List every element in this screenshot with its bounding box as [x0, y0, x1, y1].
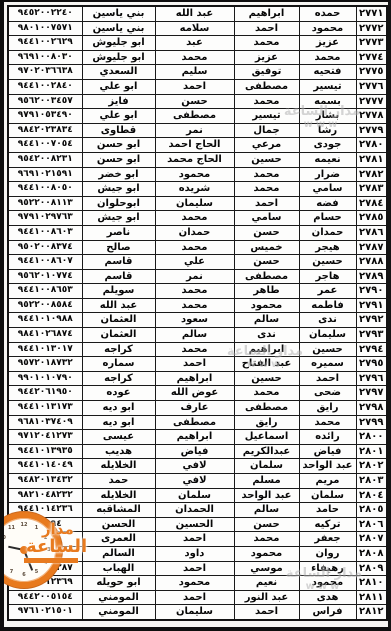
serial-cell: ٢٧٩٥: [356, 357, 387, 372]
father-name-cell: احمد: [234, 605, 299, 620]
first-name-cell: سليمان: [299, 328, 356, 343]
first-name-cell: رشا: [299, 123, 356, 138]
first-name-cell: احمد: [299, 371, 356, 386]
father-name-cell: عبد الواحد: [234, 488, 299, 503]
family-name-cell: بني ياسين: [82, 21, 155, 36]
first-name-cell: عبد الواحد: [299, 459, 356, 474]
serial-cell: ٢٧٩٠: [356, 284, 387, 299]
first-name-cell: ضرار: [299, 167, 356, 182]
father-name-cell: احمد: [234, 21, 299, 36]
grandfather-name-cell: عبد: [155, 36, 234, 51]
table-row: ٢٨٠٨روانمحمودداودالسالم٧٣: [8, 546, 387, 561]
serial-cell: ٢٧٩٨: [356, 401, 387, 416]
grandfather-name-cell: عارف: [155, 401, 234, 416]
serial-cell: ٢٨٠٠: [356, 430, 387, 445]
grandfather-name-cell: محمود: [155, 167, 234, 182]
family-name-cell: فايز: [82, 94, 155, 109]
father-name-cell: مصطفى: [234, 269, 299, 284]
father-name-cell: محمد: [234, 532, 299, 547]
serial-cell: ٢٨٠٧: [356, 532, 387, 547]
phone-number-cell: ٩٧٦١٠٢١٥٠١: [8, 605, 82, 620]
serial-cell: ٢٧٧١: [356, 6, 387, 21]
grandfather-name-cell: مصطفى: [155, 109, 234, 124]
phone-number-cell: ٩٤٤١٠١٤٢٣٦: [8, 503, 82, 518]
serial-cell: ٢٧٩٢: [356, 313, 387, 328]
first-name-cell: فاطمه: [299, 298, 356, 313]
family-name-cell: المشاقبه: [82, 503, 155, 518]
serial-cell: ٢٧٨٣: [356, 182, 387, 197]
first-name-cell: مريم: [299, 474, 356, 489]
phone-number-cell: ٩٧٠٢٠٣٦٦٣٨: [8, 65, 82, 80]
serial-cell: ٢٧٨٢: [356, 167, 387, 182]
family-name-cell: العثمان: [82, 328, 155, 343]
serial-cell: ٢٧٩٦: [356, 371, 387, 386]
family-name-cell: قاسم: [82, 269, 155, 284]
grandfather-name-cell: لافي: [155, 459, 234, 474]
clock-number: 8: [1, 560, 4, 566]
father-name-cell: طاهر: [234, 284, 299, 299]
grandfather-name-cell: سعود: [155, 313, 234, 328]
records-table-body: ٢٧٧١حمدهابراهيمعبد اللهبني ياسين٩٤٥٢٠٠٢٢…: [8, 6, 387, 620]
family-name-cell: الخلايله: [82, 459, 155, 474]
table-row: ٢٧٧٢محموداحمدسلامهبني ياسين٩٨٠١٠٠٧٥٧١: [8, 21, 387, 36]
grandfather-name-cell: فياض: [155, 444, 234, 459]
serial-cell: ٢٨١٢: [356, 605, 387, 620]
father-name-cell: توفيق: [234, 65, 299, 80]
table-row: ٢٨٠٥حامدسالمالحمدانالمشاقبه٩٤٤١٠١٤٢٣٦: [8, 503, 387, 518]
father-name-cell: خميس: [234, 240, 299, 255]
grandfather-name-cell: الحاج محمد: [155, 152, 234, 167]
father-name-cell: سالم: [234, 503, 299, 518]
table-row: ٢٧٩٧ضحىمحمدعوض اللهعوده٩٤٤٢٠٦١٩٥٠: [8, 386, 387, 401]
father-name-cell: محمد: [234, 386, 299, 401]
father-name-cell: حسين: [234, 152, 299, 167]
table-row: ٢٧٨٥حسامساميمحمدابو جيش٩٧٩١٠٢٩٧٦٣: [8, 211, 387, 226]
serial-cell: ٢٧٨١: [356, 152, 387, 167]
phone-number-cell: ٩٤٤١٠٠٨٦٥٣: [8, 284, 82, 299]
father-name-cell: نعيم: [234, 576, 299, 591]
family-name-cell: ابو جليوش: [82, 50, 155, 65]
father-name-cell: مرعي: [234, 138, 299, 153]
serial-cell: ٢٧٧٧: [356, 94, 387, 109]
first-name-cell: بشار: [299, 109, 356, 124]
father-name-cell: ابراهيم: [234, 6, 299, 21]
grandfather-name-cell: الحسين: [155, 517, 234, 532]
first-name-cell: ندى: [299, 313, 356, 328]
table-row: ٢٧٨١نعيمهحسينالحاج محمدابو حسن٩٥٤٢٠٠٨٢٣١: [8, 152, 387, 167]
first-name-cell: حامد: [299, 503, 356, 518]
father-name-cell: حسين: [234, 371, 299, 386]
serial-cell: ٢٧٨٦: [356, 225, 387, 240]
table-row: ٢٧٧٧بسمهمحمدحسنفايز٩٥٦٢٠٠٣٤٥٧: [8, 94, 387, 109]
first-name-cell: هيجر: [299, 240, 356, 255]
table-row: ٢٧٧٩رشاجمالنمرقطاوى٩٨٤٢٠٢٣٨٣٤: [8, 123, 387, 138]
grandfather-name-cell: حسن: [155, 94, 234, 109]
family-name-cell: ابو جليوش: [82, 36, 155, 51]
family-name-cell: كراجه: [82, 342, 155, 357]
father-name-cell: حسن: [234, 255, 299, 270]
father-name-cell: محمود: [234, 298, 299, 313]
table-row: ٢٨١٠محمودنعيممحمودابو حويله٩٦٤١٠١٢٣٦٩: [8, 576, 387, 591]
table-row: ٢٧٩٠عمرطاهرمحمدسويلم٩٤٤١٠٠٨٦٥٣: [8, 284, 387, 299]
table-row: ٢٧٧٦تيسيرمصطفىاحمدابو علي٩٤٤١٠٠٢٨٤٠: [8, 79, 387, 94]
phone-number-cell: ٩٤٤١٠١٣٩٣٥: [8, 444, 82, 459]
table-row: ٢٧٧٤محمدعزيزمحمدابو جليوش٩٦٩١٠٠٨٠٣٠: [8, 50, 387, 65]
grandfather-name-cell: احمد: [155, 590, 234, 605]
father-name-cell: موسي: [234, 561, 299, 576]
serial-cell: ٢٧٨٤: [356, 196, 387, 211]
first-name-cell: ضحى: [299, 386, 356, 401]
grandfather-name-cell: سليمان: [155, 605, 234, 620]
phone-number-cell: ٠٠١٩٩٤: [8, 517, 82, 532]
table-row: ٢٧٩٣سليمانندىسالمالعثمان٩٨٤١٠٢٦٨٧٤: [8, 328, 387, 343]
father-name-cell: جمال: [234, 123, 299, 138]
father-name-cell: ابراهيم: [234, 342, 299, 357]
serial-cell: ٢٧٨٩: [356, 269, 387, 284]
phone-number-cell: ٩٦٤١٠١٢٣٦٩: [8, 576, 82, 591]
phone-number-cell: ٩٩٠١٠١٠٧٩٠: [8, 371, 82, 386]
father-name-cell: سالم: [234, 313, 299, 328]
serial-cell: ٢٧٩١: [356, 298, 387, 313]
grandfather-name-cell: محمد: [155, 211, 234, 226]
table-row: ٢٨١١هدىعبد النوراحمدالمومني٩٤٤٢٠٠٥١٥٤: [8, 590, 387, 605]
phone-number-cell: ٩٤٤٢٠٠٥١٥٤: [8, 590, 82, 605]
first-name-cell: جعفر: [299, 532, 356, 547]
phone-number-cell: ٩٧٩١٠٢٩٧٦٣: [8, 211, 82, 226]
father-name-cell: محمد: [234, 182, 299, 197]
table-row: ٢٧٧١حمدهابراهيمعبد اللهبني ياسين٩٤٥٢٠٠٢٢…: [8, 6, 387, 21]
family-name-cell: ابو خضر: [82, 167, 155, 182]
serial-cell: ٢٨٠٨: [356, 546, 387, 561]
first-name-cell: حسام: [299, 211, 356, 226]
first-name-cell: سامي: [299, 182, 356, 197]
family-name-cell: ابو حويله: [82, 576, 155, 591]
table-row: ٢٧٨٦حمدانحسنحمدانناصر٩٤٤١٠٠٨٦٠٣: [8, 225, 387, 240]
phone-number-cell: ٩٨٤١٠٢٦٨٧٤: [8, 328, 82, 343]
family-name-cell: عبد الله: [82, 298, 155, 313]
table-row: ٢٧٨٩هاجرمصطفىنمرقاسم٩٥٦٢٠١٠٧٧٤: [8, 269, 387, 284]
serial-cell: ٢٧٩٣: [356, 328, 387, 343]
first-name-cell: فياض: [299, 444, 356, 459]
family-name-cell: السعدي: [82, 65, 155, 80]
family-name-cell: ابو علي: [82, 79, 155, 94]
grandfather-name-cell: محمد: [155, 342, 234, 357]
first-name-cell: محمود: [299, 21, 356, 36]
first-name-cell: نعيمه: [299, 152, 356, 167]
phone-number-cell: ٩٤٨٢٠١٣٤٣٢: [8, 474, 82, 489]
first-name-cell: فتحيه: [299, 65, 356, 80]
family-name-cell: ابو حسن: [82, 152, 155, 167]
serial-cell: ٢٧٩٩: [356, 415, 387, 430]
father-name-cell: سلمان: [234, 459, 299, 474]
serial-cell: ٢٧٧٤: [356, 50, 387, 65]
phone-number-cell: ٩٤٤١٠١٠٩٨٨: [8, 313, 82, 328]
family-name-cell: الخلايله: [82, 488, 155, 503]
serial-cell: ٢٧٨٨: [356, 255, 387, 270]
father-name-cell: مسلم: [234, 474, 299, 489]
grandfather-name-cell: حمدان: [155, 225, 234, 240]
grandfather-name-cell: عوض الله: [155, 386, 234, 401]
clock-number: 10: [0, 535, 6, 541]
first-name-cell: هاجر: [299, 269, 356, 284]
grandfather-name-cell: محمد: [155, 298, 234, 313]
family-name-cell: المومني: [82, 590, 155, 605]
family-name-cell: قطاوى: [82, 123, 155, 138]
table-row: ٢٧٧٨بشارتيسيرمصطفىابو علي٩٧٩١٠٥٣٤٩٠: [8, 109, 387, 124]
grandfather-name-cell: احمد: [155, 561, 234, 576]
phone-number-cell: ٩٥٦٢٠١٠٧٧٤: [8, 269, 82, 284]
first-name-cell: تركيه: [299, 517, 356, 532]
grandfather-name-cell: سليمان: [155, 196, 234, 211]
family-name-cell: ابو حسن: [82, 138, 155, 153]
table-row: ٢٧٨٨حسينحسنعليقاسم٩٤٤١٠٠٨٦٠٧: [8, 255, 387, 270]
serial-cell: ٢٧٧٨: [356, 109, 387, 124]
first-name-cell: رائده: [299, 430, 356, 445]
phone-number-cell: ٩٤٤١٠١٤٠٤٩: [8, 459, 82, 474]
serial-cell: ٢٨١٠: [356, 576, 387, 591]
father-name-cell: ندى: [234, 328, 299, 343]
phone-number-cell: ٩٤٤١٠٠٨٦٠٣: [8, 225, 82, 240]
table-row: ٢٧٩٢ندىسالمسعودالعثمان٩٤٤١٠١٠٩٨٨: [8, 313, 387, 328]
first-name-cell: جودى: [299, 138, 356, 153]
father-name-cell: حسن: [234, 517, 299, 532]
grandfather-name-cell: احمد: [155, 532, 234, 547]
first-name-cell: حمده: [299, 6, 356, 21]
table-row: ٢٧٧٣عزيزمحمدعبدابو جليوش٩٤٤١٠٠٢٦٢٩: [8, 36, 387, 51]
table-row: ٢٨٠٣مريممسلملافيحمد٩٤٨٢٠١٣٤٣٢: [8, 474, 387, 489]
grandfather-name-cell: سلامه: [155, 21, 234, 36]
father-name-cell: عبدالكريم: [234, 444, 299, 459]
serial-cell: ٢٨٠١: [356, 444, 387, 459]
table-row: ٢٧٨٣ساميمحمدشريدهابو جيش٩٤٤١٠٠٨٠٥٠: [8, 182, 387, 197]
family-name-cell: المومني: [82, 605, 155, 620]
family-name-cell: عوده: [82, 386, 155, 401]
grandfather-name-cell: محمود: [155, 576, 234, 591]
grandfather-name-cell: سالم: [155, 328, 234, 343]
grandfather-name-cell: سليم: [155, 65, 234, 80]
scanned-document-page: { "colors": { "accent_orange": "#e87a1e"…: [0, 0, 391, 631]
grandfather-name-cell: ابراهيم: [155, 430, 234, 445]
grandfather-name-cell: نمر: [155, 269, 234, 284]
grandfather-name-cell: داود: [155, 546, 234, 561]
table-row: ٢٨٠٧جعفرمحمداحمدالعمرى٧٥: [8, 532, 387, 547]
first-name-cell: بسمه: [299, 94, 356, 109]
family-name-cell: سويلم: [82, 284, 155, 299]
table-row: ٢٧٨٠جودىمرعيالحاج احمدابو حسن٩٤٤١٠٠٧٠٥٤: [8, 138, 387, 153]
grandfather-name-cell: عبد الله: [155, 6, 234, 21]
grandfather-name-cell: محمد: [155, 284, 234, 299]
father-name-cell: محمود: [234, 546, 299, 561]
family-name-cell: سماره: [82, 357, 155, 372]
father-name-cell: محمد: [234, 94, 299, 109]
table-row: ٢٨٠٤سلمانعبد الواحدسلمانالخلايله٩٨٢١٠٤٨٢…: [8, 488, 387, 503]
phone-number-cell: ٩٥٢٢٠٠٨١١٣: [8, 196, 82, 211]
father-name-cell: عبد الفتاح: [234, 357, 299, 372]
serial-cell: ٢٨٠٣: [356, 474, 387, 489]
first-name-cell: عزيز: [299, 36, 356, 51]
first-name-cell: سميره: [299, 357, 356, 372]
phone-number-cell: ٩٤٤١٠٠٨٦٠٧: [8, 255, 82, 270]
phone-number-cell: ٩٦٩١٠٢١٥٩١: [8, 167, 82, 182]
phone-number-cell: ٩٥٠٢٠٠٨٣٧٤: [8, 240, 82, 255]
serial-cell: ٢٨٠٥: [356, 503, 387, 518]
family-name-cell: ابو جيش: [82, 182, 155, 197]
family-name-cell: السالم: [82, 546, 155, 561]
table-row: ٢٨٠٠رائدهاسماعيلابراهيمعيسى٩٧١٢٠٤١٢٧٣: [8, 430, 387, 445]
phone-number-cell: ٩٨٠١٠٠٧٥٧١: [8, 21, 82, 36]
grandfather-name-cell: احمد: [155, 357, 234, 372]
family-name-cell: قاسم: [82, 255, 155, 270]
first-name-cell: محمد: [299, 415, 356, 430]
father-name-cell: محمد: [234, 167, 299, 182]
family-name-cell: ابوحلوان: [82, 196, 155, 211]
first-name-cell: روان: [299, 546, 356, 561]
serial-cell: ٢٧٨٧: [356, 240, 387, 255]
serial-cell: ٢٨٠٩: [356, 561, 387, 576]
table-row: ٢٧٩٦احمدحسينابراهيمكراجه٩٩٠١٠١٠٧٩٠: [8, 371, 387, 386]
family-name-cell: العثمان: [82, 313, 155, 328]
first-name-cell: حسين: [299, 255, 356, 270]
phone-number-cell: ٩٧٩١٠٥٣٤٩٠: [8, 109, 82, 124]
grandfather-name-cell: شريده: [155, 182, 234, 197]
phone-number-cell: ٩٨٤٢٠٢٣٨٣٤: [8, 123, 82, 138]
table-row: ٢٧٩٨رايقمصطفىعارفابو ديه٩٤٤١٠١٣١٧٣: [8, 401, 387, 416]
table-row: ٢٨٠٦تركيهحسنالحسينالحسن٠٠١٩٩٤: [8, 517, 387, 532]
first-name-cell: حسين: [299, 342, 356, 357]
serial-cell: ٢٧٧٩: [356, 123, 387, 138]
table-row: ٢٧٩٩محمدرايقمصطفىابو ديه٩٦٨١٠٣٧٤٠٩: [8, 415, 387, 430]
table-row: ٢٧٩٤حسينابراهيممحمدكراجه٩٤٤١٠١٣٠١٧: [8, 342, 387, 357]
grandfather-name-cell: مصطفى: [155, 415, 234, 430]
phone-number-cell: ٩٤٤٢٠٠٤٢٨٧: [8, 561, 82, 576]
first-name-cell: حمدان: [299, 225, 356, 240]
first-name-cell: رهيفاء: [299, 561, 356, 576]
father-name-cell: مصطفى: [234, 79, 299, 94]
serial-cell: ٢٧٧٥: [356, 65, 387, 80]
family-name-cell: هديب: [82, 444, 155, 459]
phone-number-cell: ٧٥: [8, 532, 82, 547]
phone-number-cell: ٩٤٤١٠٠٢٦٢٩: [8, 36, 82, 51]
phone-number-cell: ٩٥٢٢٠٠٨٥٨٤: [8, 298, 82, 313]
phone-number-cell: ٧٣: [8, 546, 82, 561]
serial-cell: ٢٧٧٣: [356, 36, 387, 51]
phone-number-cell: ٩٨٢١٠٤٨٢٣٢: [8, 488, 82, 503]
family-name-cell: ابو جيش: [82, 211, 155, 226]
grandfather-name-cell: ابراهيم: [155, 371, 234, 386]
phone-number-cell: ٩٦٩١٠٠٨٠٣٠: [8, 50, 82, 65]
table-row: ٢٧٨٧هيجرخميسمحمدصالح٩٥٠٢٠٠٨٣٧٤: [8, 240, 387, 255]
serial-cell: ٢٨١١: [356, 590, 387, 605]
serial-cell: ٢٧٩٤: [356, 342, 387, 357]
family-name-cell: عيسى: [82, 430, 155, 445]
family-name-cell: ناصر: [82, 225, 155, 240]
grandfather-name-cell: نمر: [155, 123, 234, 138]
table-row: ٢٧٧٥فتحيهتوفيقسليمالسعدي٩٧٠٢٠٣٦٦٣٨: [8, 65, 387, 80]
table-row: ٢٧٩١فاطمهمحمودمحمدعبد الله٩٥٢٢٠٠٨٥٨٤: [8, 298, 387, 313]
phone-number-cell: ٩٤٤٢٠٦١٩٥٠: [8, 386, 82, 401]
first-name-cell: هدى: [299, 590, 356, 605]
grandfather-name-cell: علي: [155, 255, 234, 270]
phone-number-cell: ٩٤٤١٠٠٢٨٤٠: [8, 79, 82, 94]
family-name-cell: حمد: [82, 474, 155, 489]
table-row: ٢٧٨٢ضرارمحمدمحمودابو خضر٩٦٩١٠٢١٥٩١: [8, 167, 387, 182]
phone-number-cell: ٩٥٦٢٠٠٣٤٥٧: [8, 94, 82, 109]
father-name-cell: رايق: [234, 415, 299, 430]
table-row: ٢٨٠٢عبد الواحدسلمانلافيالخلايله٩٤٤١٠١٤٠٤…: [8, 459, 387, 474]
grandfather-name-cell: محمد: [155, 50, 234, 65]
first-name-cell: سلمان: [299, 488, 356, 503]
clock-number: 9: [0, 547, 1, 553]
father-name-cell: محمد: [234, 36, 299, 51]
serial-cell: ٢٧٨٠: [356, 138, 387, 153]
phone-number-cell: ٩٤٤١٠١٣١٧٣: [8, 401, 82, 416]
table-row: ٢٨١٢فراساحمدسليمانالمومني٩٧٦١٠٢١٥٠١: [8, 605, 387, 620]
father-name-cell: عزيز: [234, 50, 299, 65]
table-row: ٢٨٠٩رهيفاءموسياحمدالهباب٩٤٤٢٠٠٤٢٨٧: [8, 561, 387, 576]
father-name-cell: احمد: [234, 196, 299, 211]
father-name-cell: اسماعيل: [234, 430, 299, 445]
grandfather-name-cell: الحاج احمد: [155, 138, 234, 153]
family-name-cell: صالح: [82, 240, 155, 255]
names-registry-table: ٢٧٧١حمدهابراهيمعبد اللهبني ياسين٩٤٥٢٠٠٢٢…: [7, 5, 388, 621]
grandfather-name-cell: الحمدان: [155, 503, 234, 518]
first-name-cell: تيسير: [299, 79, 356, 94]
serial-cell: ٢٧٨٥: [356, 211, 387, 226]
serial-cell: ٢٧٩٧: [356, 386, 387, 401]
family-name-cell: كراجه: [82, 371, 155, 386]
phone-number-cell: ٩٤٤١٠١٣٠١٧: [8, 342, 82, 357]
phone-number-cell: ٩٤٤١٠٠٧٠٥٤: [8, 138, 82, 153]
father-name-cell: سامي: [234, 211, 299, 226]
first-name-cell: فضه: [299, 196, 356, 211]
family-name-cell: ابو ديه: [82, 401, 155, 416]
first-name-cell: محمد: [299, 50, 356, 65]
father-name-cell: عبد النور: [234, 590, 299, 605]
family-name-cell: الحسن: [82, 517, 155, 532]
first-name-cell: رايق: [299, 401, 356, 416]
first-name-cell: فراس: [299, 605, 356, 620]
phone-number-cell: ٩٤٤١٠٠٨٠٥٠: [8, 182, 82, 197]
serial-cell: ٢٨٠٢: [356, 459, 387, 474]
father-name-cell: تيسير: [234, 109, 299, 124]
phone-number-cell: ٩٧١٢٠٤١٢٧٣: [8, 430, 82, 445]
grandfather-name-cell: احمد: [155, 79, 234, 94]
phone-number-cell: ٩٥٤٢٠٠٨٢٣١: [8, 152, 82, 167]
grandfather-name-cell: سلمان: [155, 488, 234, 503]
family-name-cell: الهباب: [82, 561, 155, 576]
family-name-cell: العمرى: [82, 532, 155, 547]
phone-number-cell: ٩٦٨١٠٣٧٤٠٩: [8, 415, 82, 430]
grandfather-name-cell: محمد: [155, 240, 234, 255]
family-name-cell: ابو ديه: [82, 415, 155, 430]
table-row: ٢٨٠١فياضعبدالكريمفياضهديب٩٤٤١٠١٣٩٣٥: [8, 444, 387, 459]
phone-number-cell: ٩٤٥٢٠٠٢٢٤٠: [8, 6, 82, 21]
table-row: ٢٧٩٥سميرهعبد الفتاحاحمدسماره٩٥٧٢٠١٨٧٣٢: [8, 357, 387, 372]
family-name-cell: بني ياسين: [82, 6, 155, 21]
serial-cell: ٢٨٠٦: [356, 517, 387, 532]
serial-cell: ٢٧٧٦: [356, 79, 387, 94]
grandfather-name-cell: لافي: [155, 474, 234, 489]
father-name-cell: مصطفى: [234, 401, 299, 416]
serial-cell: ٢٨٠٤: [356, 488, 387, 503]
phone-number-cell: ٩٥٧٢٠١٨٧٣٢: [8, 357, 82, 372]
serial-cell: ٢٧٧٢: [356, 21, 387, 36]
family-name-cell: ابو علي: [82, 109, 155, 124]
first-name-cell: محمود: [299, 576, 356, 591]
table-row: ٢٧٨٤فضهاحمدسليمانابوحلوان٩٥٢٢٠٠٨١١٣: [8, 196, 387, 211]
father-name-cell: حسن: [234, 225, 299, 240]
first-name-cell: عمر: [299, 284, 356, 299]
